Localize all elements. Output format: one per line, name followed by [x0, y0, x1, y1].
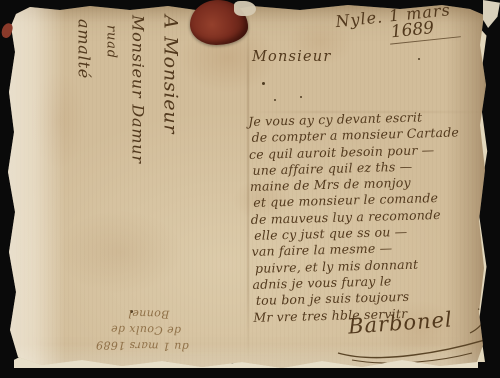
letter-paper: Nyle. 1 mars 1689 Monsieur Je vous ay cy…: [0, 0, 500, 378]
ink-speck: [418, 58, 420, 60]
docket-line: du 1 mars 1689: [56, 336, 188, 354]
address-line: A Monsieur: [157, 15, 184, 233]
docket-line: Bonnel: [57, 304, 169, 322]
vertical-fold-crease: [247, 8, 249, 360]
letter-body: Je vous ay cy devant escritde compter a …: [248, 108, 499, 326]
address-line: ruad: [98, 25, 125, 233]
greeting: Monsieur: [252, 49, 331, 65]
torn-paper-fragment: [234, 1, 256, 16]
address-line: amalté: [71, 19, 98, 233]
scanned-letter-page: Nyle. 1 mars 1689 Monsieur Je vous ay cy…: [0, 0, 500, 378]
docket-note: du 1 mars 1689de Coulx deBonnel: [56, 304, 189, 354]
address-block: A MonsieurMonsieur Damurruadamalté: [71, 15, 184, 233]
address-line: Monsieur Damur: [125, 15, 152, 233]
corner-paper-fragment: [483, 0, 500, 28]
wax-remnant-left-edge: [0, 22, 14, 39]
docket-line: de Coulx de: [56, 320, 180, 338]
ink-speck: [300, 96, 302, 98]
address-panel: A MonsieurMonsieur Damurruadamalté: [52, 9, 202, 239]
docket-panel: du 1 mars 1689de Coulx deBonnel: [55, 288, 190, 370]
ink-speck: [274, 99, 276, 101]
ink-speck: [262, 82, 265, 85]
date-note: Nyle. 1 mars 1689: [335, 0, 494, 48]
